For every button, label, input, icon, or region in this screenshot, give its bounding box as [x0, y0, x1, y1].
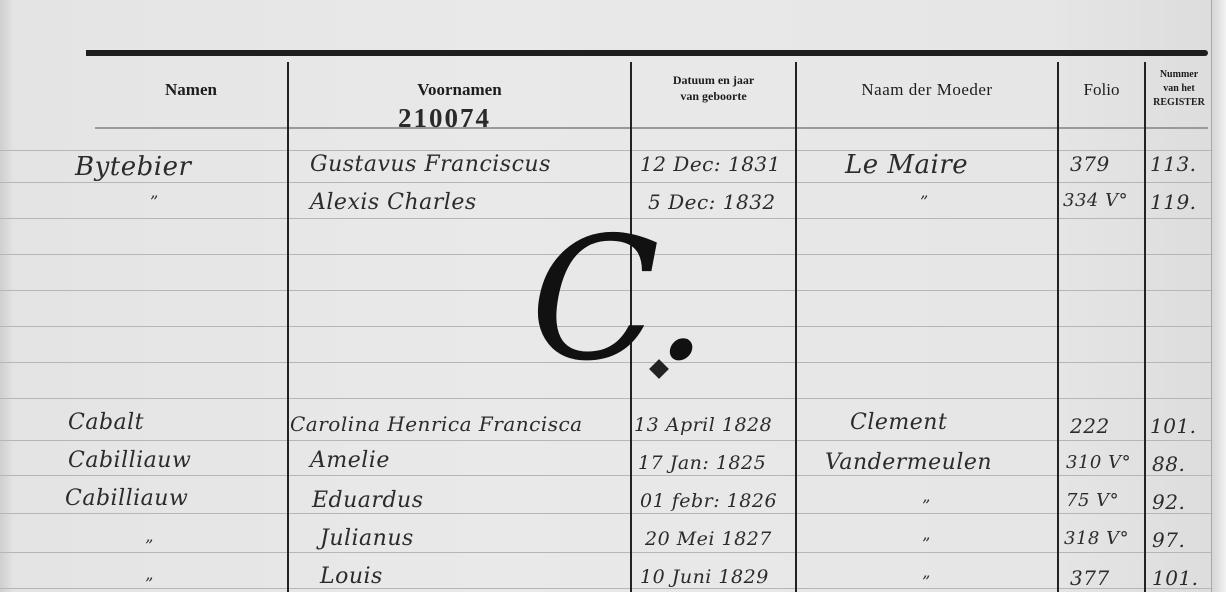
cell-folio: 310 V°	[1066, 452, 1131, 473]
cell-voornamen: Eduardus	[312, 488, 424, 513]
cell-voornamen: Julianus	[320, 526, 414, 551]
cell-voornamen: Amelie	[310, 448, 390, 473]
cell-namen: Cabilliauw	[68, 448, 191, 473]
cell-register: 88.	[1152, 452, 1185, 476]
cell-namen: ”	[150, 192, 159, 211]
column-divider	[1144, 62, 1146, 592]
header-datum-line1: Datuum en jaar	[632, 72, 795, 88]
cell-datum: 17 Jan: 1825	[638, 452, 766, 474]
header-folio: Folio	[1059, 80, 1144, 100]
cell-voornamen: Carolina Henrica Francisca	[290, 412, 583, 436]
cell-voornamen: Alexis Charles	[310, 190, 477, 215]
cell-register: 119.	[1150, 190, 1197, 214]
cell-datum: 10 Juni 1829	[640, 566, 769, 588]
cell-folio: 379	[1070, 152, 1110, 176]
cell-moeder: Vandermeulen	[825, 450, 992, 475]
header-bottom-rule	[95, 127, 1208, 129]
cell-datum: 20 Mei 1827	[645, 528, 772, 550]
header-voornamen: Voornamen	[289, 80, 630, 100]
header-top-rule	[86, 50, 1208, 56]
register-stamp-number: 210074	[398, 103, 491, 134]
cell-datum: 01 febr: 1826	[640, 490, 777, 512]
cell-folio: 377	[1070, 566, 1110, 590]
cell-moeder: Clement	[850, 410, 947, 435]
cell-namen: Bytebier	[75, 152, 191, 182]
cell-folio: 318 V°	[1064, 528, 1129, 549]
header-namen: Namen	[95, 80, 287, 100]
cell-register: 92.	[1152, 490, 1185, 514]
column-divider	[287, 62, 289, 592]
cell-register: 101.	[1152, 566, 1199, 590]
header-datum-line2: van geboorte	[632, 88, 795, 104]
cell-namen: Cabalt	[68, 410, 144, 435]
cell-moeder: ”	[922, 572, 931, 591]
header-register-line1: Nummer	[1146, 68, 1212, 82]
cell-datum: 12 Dec: 1831	[640, 152, 781, 176]
cell-register: 101.	[1150, 414, 1197, 438]
header-register-line3: REGISTER	[1146, 96, 1212, 110]
section-letter-c: C.	[530, 215, 708, 385]
cell-folio: 75 V°	[1066, 490, 1119, 511]
cell-voornamen: Gustavus Franciscus	[310, 152, 551, 177]
cell-datum: 13 April 1828	[634, 414, 772, 436]
column-divider	[795, 62, 797, 592]
register-page: Namen Voornamen 210074 Datuum en jaar va…	[0, 0, 1226, 592]
cell-register: 97.	[1152, 528, 1185, 552]
cell-moeder: ”	[920, 192, 929, 211]
cell-voornamen: Louis	[320, 564, 383, 589]
cell-namen: ”	[145, 536, 154, 555]
header-datum: Datuum en jaar van geboorte	[632, 72, 795, 104]
page-edge	[1211, 0, 1226, 592]
cell-namen: Cabilliauw	[65, 486, 188, 511]
cell-moeder: ”	[922, 496, 931, 515]
cell-folio: 334 V°	[1063, 190, 1128, 211]
header-register: Nummer van het REGISTER	[1146, 68, 1212, 110]
cell-folio: 222	[1070, 414, 1110, 438]
cell-namen: ”	[145, 574, 154, 592]
header-register-line2: van het	[1146, 82, 1212, 96]
cell-moeder: Le Maire	[845, 150, 968, 180]
header-moeder: Naam der Moeder	[797, 80, 1057, 100]
cell-register: 113.	[1150, 152, 1197, 176]
cell-moeder: ”	[922, 534, 931, 553]
column-divider	[1057, 62, 1059, 592]
